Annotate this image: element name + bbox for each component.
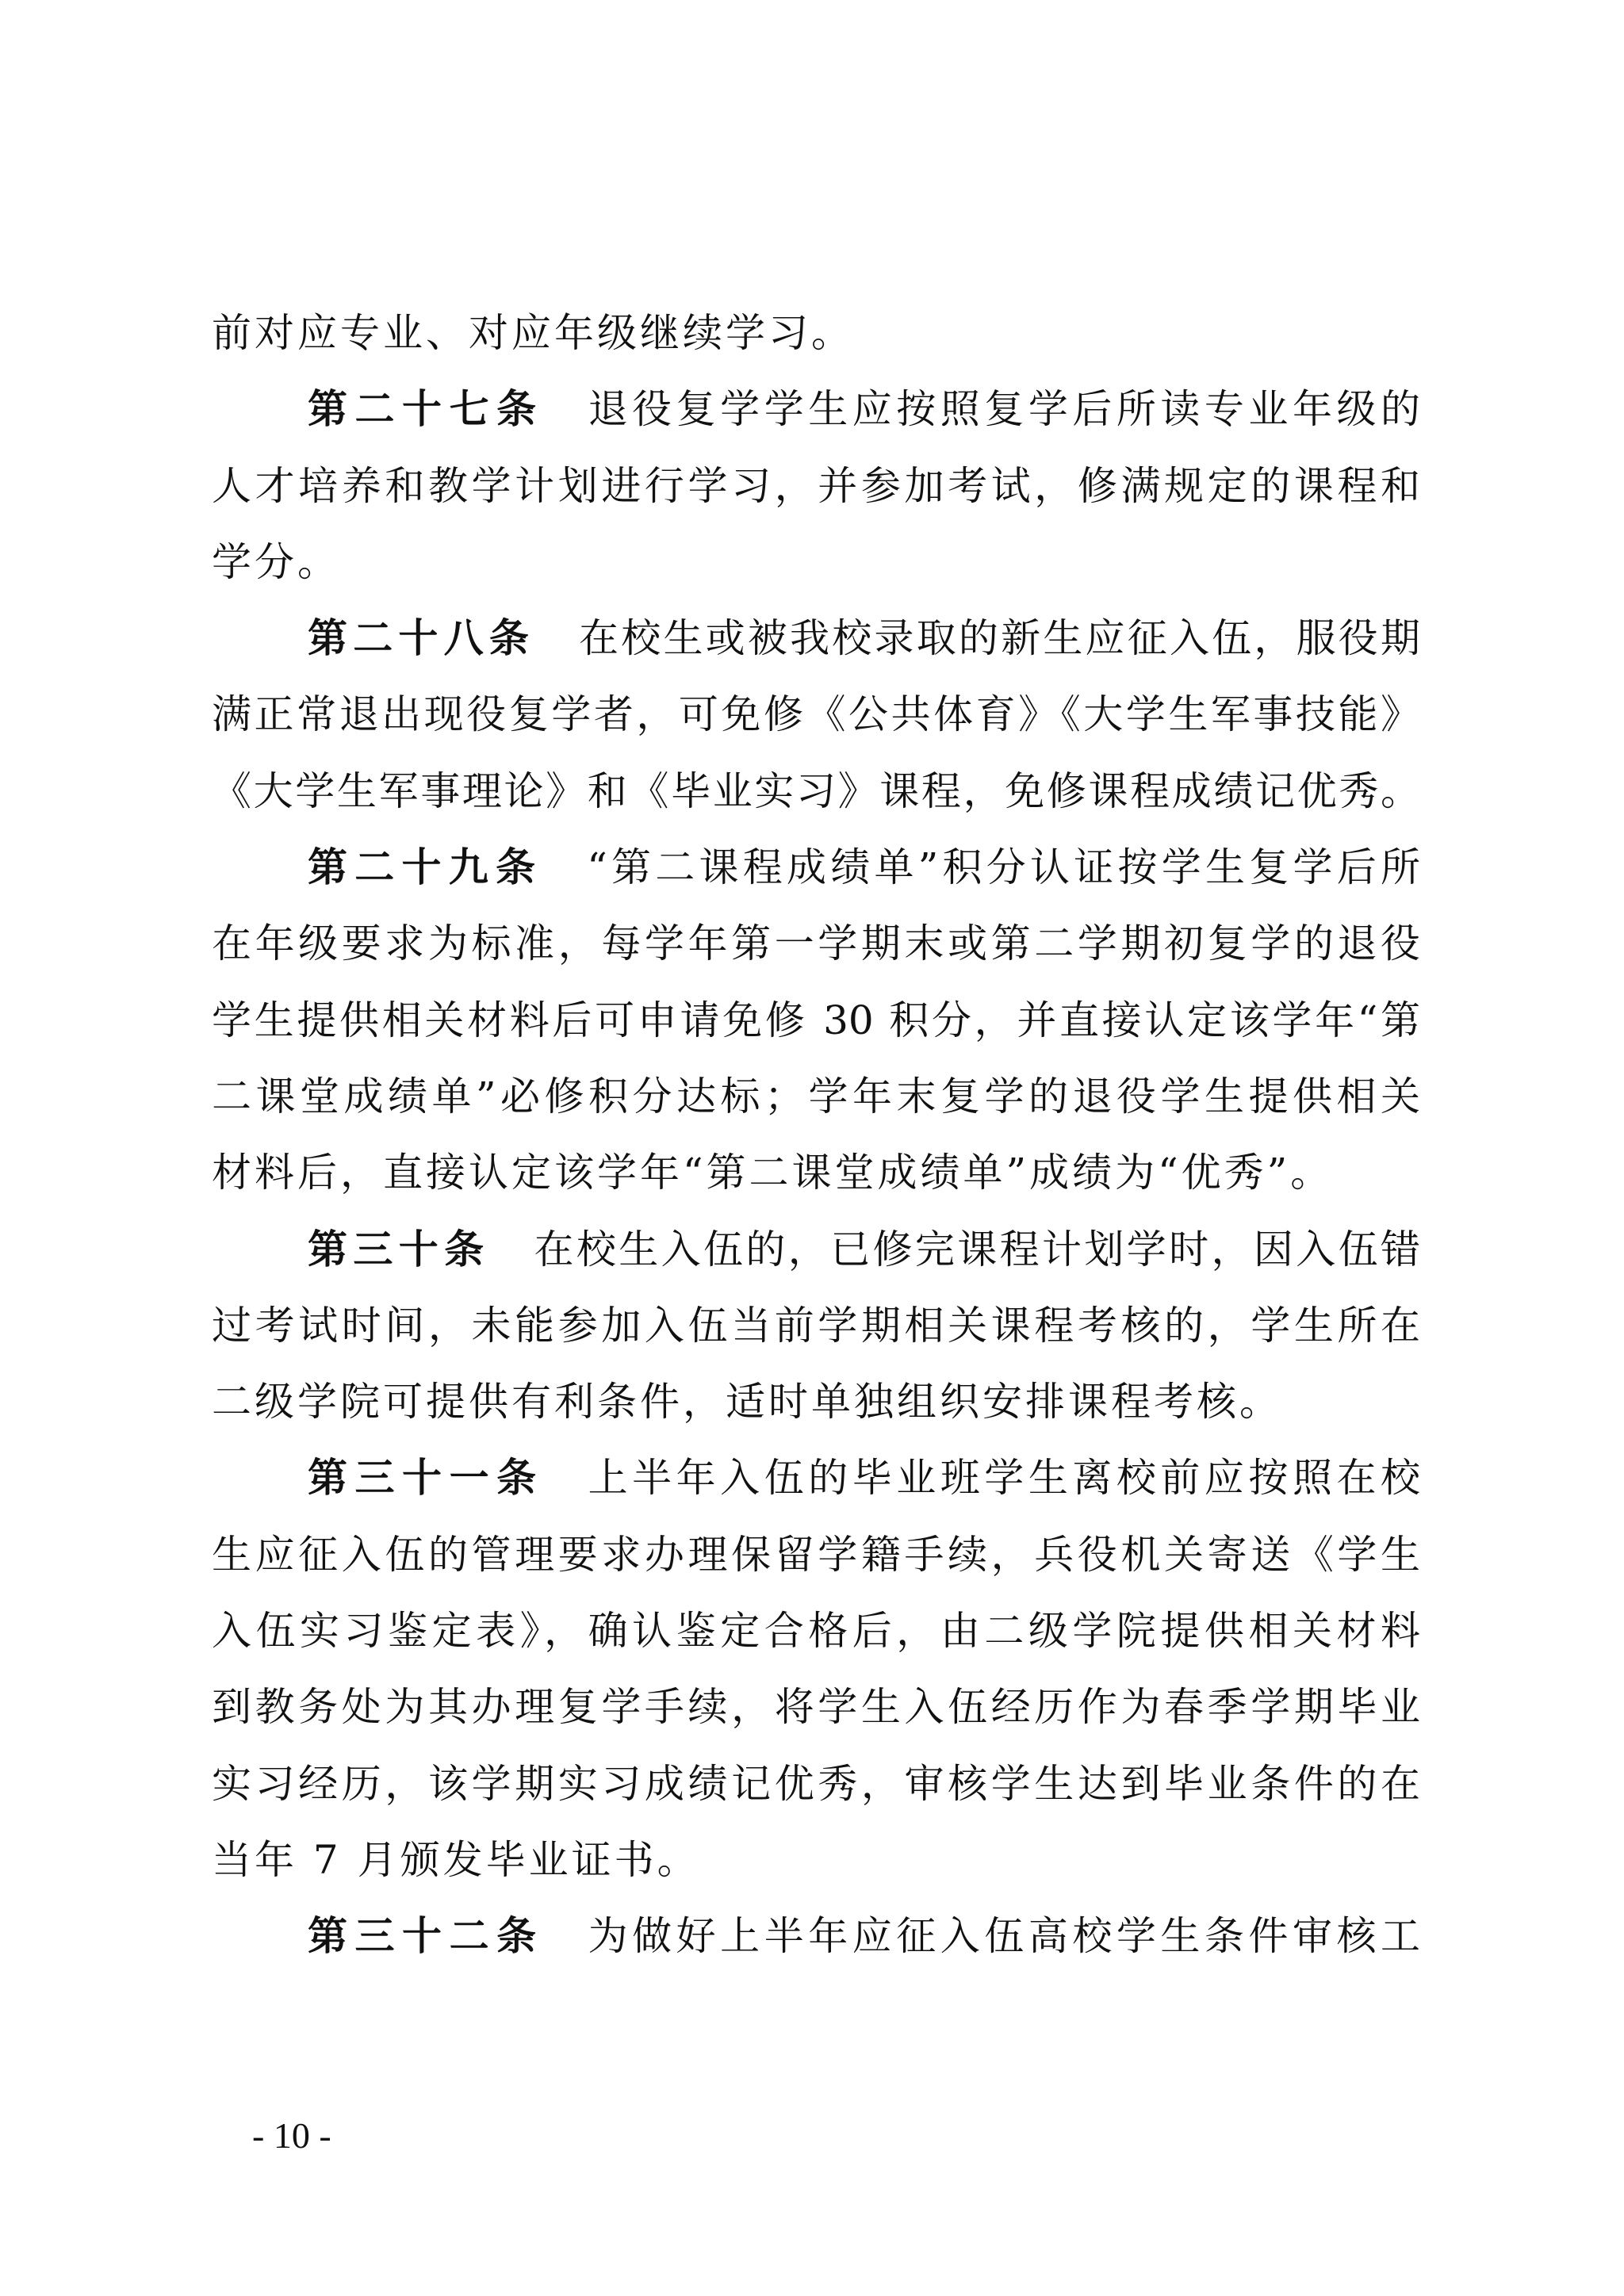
paragraph-line: 当年 7 月颁发毕业证书。 xyxy=(212,1822,1420,1898)
paragraph-text: 在校生入伍的，已修完课程计划学时，因入伍错 xyxy=(534,1226,1421,1272)
paragraph-line: 学生提供相关材料后可申请免修 30 积分，并直接认定该学年“第 xyxy=(212,982,1420,1058)
paragraph-line: 学分。 xyxy=(212,524,1420,600)
document-body: 前对应专业、对应年级继续学习。 第二十七条退役复学学生应按照复学后所读专业年级的… xyxy=(212,295,1420,1975)
article-30-first-line: 第三十条在校生入伍的，已修完课程计划学时，因入伍错 xyxy=(212,1211,1420,1288)
article-number: 第三十条 xyxy=(308,1226,490,1272)
article-number: 第二十九条 xyxy=(308,844,542,890)
paragraph-line: 满正常退出现役复学者，可免修《公共体育》《大学生军事技能》 xyxy=(212,676,1420,752)
article-32-first-line: 第三十二条为做好上半年应征入伍高校学生条件审核工 xyxy=(212,1898,1420,1974)
paragraph-line: 到教务处为其办理复学手续，将学生入伍经历作为春季学期毕业 xyxy=(212,1669,1420,1745)
article-28-first-line: 第二十八条在校生或被我校录取的新生应征入伍，服役期 xyxy=(212,600,1420,676)
article-number: 第三十一条 xyxy=(308,1454,544,1501)
article-number: 第二十七条 xyxy=(308,385,544,432)
paragraph-line: 过考试时间，未能参加入伍当前学期相关课程考核的，学生所在 xyxy=(212,1288,1420,1364)
article-number: 第二十八条 xyxy=(308,614,534,661)
paragraph-line: 二课堂成绩单”必修积分达标；学年末复学的退役学生提供相关 xyxy=(212,1058,1420,1135)
article-29-first-line: 第二十九条“第二课程成绩单”积分认证按学生复学后所 xyxy=(212,829,1420,905)
paragraph-line: 入伍实习鉴定表》，确认鉴定合格后，由二级学院提供相关材料 xyxy=(212,1593,1420,1669)
paragraph-text: 在校生或被我校录取的新生应征入伍，服役期 xyxy=(579,615,1420,661)
paragraph-line: 前对应专业、对应年级继续学习。 xyxy=(212,295,1420,371)
paragraph-line: 《大学生军事理论》和《毕业实习》课程，免修课程成绩记优秀。 xyxy=(212,753,1420,829)
page-number: - 10 - xyxy=(252,2112,331,2160)
article-number: 第三十二条 xyxy=(308,1912,544,1959)
paragraph-text: 上半年入伍的毕业班学生离校前应按照在校 xyxy=(588,1455,1420,1501)
paragraph-text: 退役复学学生应按照复学后所读专业年级的 xyxy=(588,386,1420,432)
paragraph-line: 实习经历，该学期实习成绩记优秀，审核学生达到毕业条件的在 xyxy=(212,1746,1420,1822)
article-31-first-line: 第三十一条上半年入伍的毕业班学生离校前应按照在校 xyxy=(212,1440,1420,1516)
paragraph-line: 人才培养和教学计划进行学习，并参加考试，修满规定的课程和 xyxy=(212,448,1420,524)
paragraph-line: 材料后，直接认定该学年“第二课堂成绩单”成绩为“优秀”。 xyxy=(212,1135,1420,1211)
paragraph-line: 生应征入伍的管理要求办理保留学籍手续，兵役机关寄送《学生 xyxy=(212,1517,1420,1593)
document-page: 前对应专业、对应年级继续学习。 第二十七条退役复学学生应按照复学后所读专业年级的… xyxy=(0,0,1624,2296)
paragraph-text: 为做好上半年应征入伍高校学生条件审核工 xyxy=(588,1913,1420,1959)
paragraph-text: “第二课程成绩单”积分认证按学生复学后所 xyxy=(587,844,1420,890)
paragraph-line: 二级学院可提供有利条件，适时单独组织安排课程考核。 xyxy=(212,1364,1420,1440)
paragraph-line: 在年级要求为标准，每学年第一学期末或第二学期初复学的退役 xyxy=(212,905,1420,982)
article-27-first-line: 第二十七条退役复学学生应按照复学后所读专业年级的 xyxy=(212,371,1420,447)
